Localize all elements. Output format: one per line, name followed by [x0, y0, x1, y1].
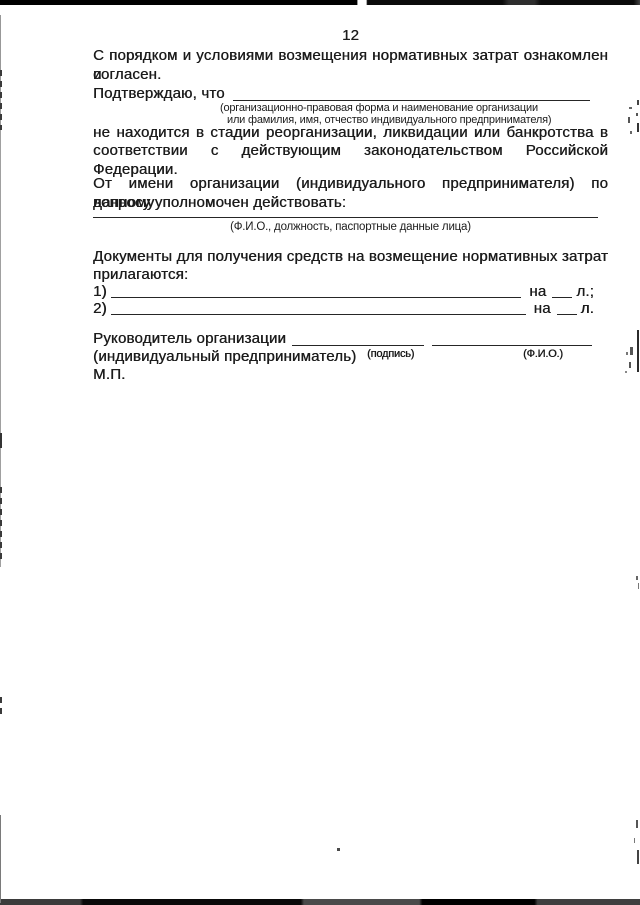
signature-caption-row: (индивидуальный предприниматель) (подпис… [93, 347, 608, 366]
confirmation-label: Подтверждаю, что [93, 84, 225, 103]
scan-speck [636, 113, 638, 116]
scan-left-dashes [0, 697, 2, 714]
scanned-document-page: 12 С порядком и условиями возмещения нор… [0, 0, 640, 905]
stamp-placeholder: М.П. [93, 365, 608, 384]
confirmation-continuation-line-1: не находится в стадии реорганизации, лик… [93, 123, 608, 142]
blank-organization-name-field [233, 100, 590, 101]
scan-speck [630, 347, 633, 355]
blank-representative-name-field [93, 217, 598, 218]
scan-speck [634, 838, 635, 843]
confirmation-row: Подтверждаю, что [93, 84, 590, 103]
item-2-sheets-label: л. [581, 299, 594, 318]
item-2-number: 2) [93, 299, 107, 318]
document-content: 12 С порядком и условиями возмещения нор… [93, 0, 608, 905]
scan-speck [638, 583, 639, 589]
scan-left-dashes [0, 70, 2, 130]
scan-speck [625, 371, 627, 373]
scan-speck [626, 352, 628, 355]
signer-name-caption: (Ф.И.О.) [523, 345, 563, 364]
scan-speck [629, 107, 632, 109]
scan-edge-top-bar [0, 0, 640, 5]
blank-sheet-count-2-field [557, 314, 577, 315]
scan-speck [637, 100, 639, 105]
signature-caption: (подпись) [367, 345, 414, 364]
signature-label-line-2: (индивидуальный предприниматель) [93, 348, 356, 365]
blank-signer-name-field [432, 345, 592, 346]
page-number: 12 [93, 26, 608, 45]
scan-right-line [637, 330, 639, 372]
scan-speck [636, 820, 638, 828]
scan-left-mark [0, 433, 2, 448]
signature-label-line-1: Руководитель организации [93, 329, 286, 348]
scan-speck [630, 131, 632, 134]
organization-caption-line-1: (организационно-правовая форма и наимено… [220, 102, 538, 114]
blank-document-1-field [111, 297, 522, 298]
scan-speck [628, 117, 630, 123]
scan-left-dashes [0, 487, 2, 559]
documents-line-1: Документы для получения средств на возме… [93, 247, 608, 266]
item-2-on-label: на [534, 299, 551, 318]
representative-line-2: вопросу уполномочен действовать: [93, 193, 608, 212]
scan-speck [636, 576, 638, 580]
scan-edge-bottom-bar [0, 899, 640, 905]
fio-position-caption: (Ф.И.О., должность, паспортные данные ли… [93, 221, 608, 234]
scan-speck [637, 850, 639, 864]
scan-speck [629, 362, 631, 368]
blank-document-2-field [111, 314, 526, 315]
scan-left-line [0, 815, 1, 903]
document-item-row-2: 2) на л. [93, 299, 594, 318]
scan-speck [337, 848, 340, 851]
blank-sheet-count-1-field [552, 297, 572, 298]
intro-line-2: согласен. [93, 65, 608, 84]
scan-speck [637, 123, 639, 132]
